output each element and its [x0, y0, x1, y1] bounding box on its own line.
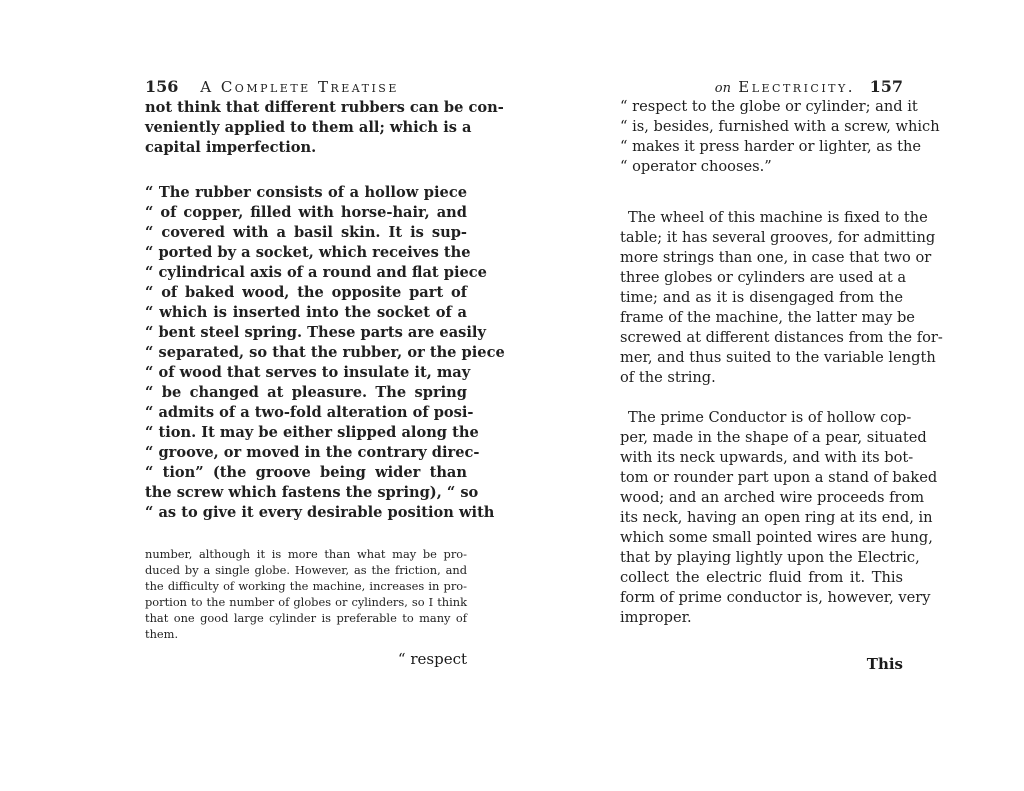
text-line: tom or rounder part upon a stand of bake… [620, 468, 903, 488]
running-head-prefix: on [715, 81, 731, 96]
text-line: “ The rubber consists of a hollow piece [145, 183, 467, 203]
text-line: form of prime conductor is, however, ver… [620, 588, 903, 608]
page-number: 157 [870, 77, 903, 96]
text-line: “ bent steel spring. These parts are eas… [145, 323, 467, 343]
text-line: of the string. [620, 368, 903, 388]
text-line: “ makes it press harder or lighter, as t… [620, 137, 903, 157]
footnote-line: the difficulty of working the machine, i… [145, 578, 467, 594]
page-number: 156 [145, 77, 178, 96]
text-line: “ covered with a basil skin. It is sup- [145, 223, 467, 243]
text-line: “ as to give it every desirable position… [145, 503, 467, 523]
text-line: The prime Conductor is of hollow cop- [620, 408, 903, 428]
footnote-line: duced by a single globe. However, as the… [145, 562, 467, 578]
text-line: veniently applied to them all; which is … [145, 118, 467, 138]
text-line: mer, and thus suited to the variable len… [620, 348, 903, 368]
text-line: with its neck upwards, and with its bot- [620, 448, 903, 468]
running-head-right: on Electricity. 157 [715, 77, 903, 96]
text-line: table; it has several grooves, for admit… [620, 228, 903, 248]
text-line: “ admits of a two-fold alteration of pos… [145, 403, 467, 423]
text-line: more strings than one, in case that two … [620, 248, 903, 268]
text-line: The wheel of this machine is fixed to th… [620, 208, 903, 228]
text-line: wood; and an arched wire proceeds from [620, 488, 903, 508]
text-line: “ of baked wood, the opposite part of [145, 283, 467, 303]
text-line: its neck, having an open ring at its end… [620, 508, 903, 528]
text-line: “ cylindrical axis of a round and flat p… [145, 263, 467, 283]
text-line: “ is, besides, furnished with a screw, w… [620, 117, 903, 137]
text-line: which some small pointed wires are hung, [620, 528, 903, 548]
footnote-line: that one good large cylinder is preferab… [145, 610, 467, 626]
text-line: the screw which fastens the spring), “ s… [145, 483, 467, 503]
text-line: time; and as it is disengaged from the [620, 288, 903, 308]
text-line: three globes or cylinders are used at a [620, 268, 903, 288]
text-line: “ which is inserted into the socket of a [145, 303, 467, 323]
text-line: “ operator chooses.” [620, 157, 903, 177]
catchword: “ respect [398, 650, 467, 668]
running-head-title: Electricity. [738, 78, 855, 96]
catchword: This [867, 655, 903, 673]
text-line: “ tion” (the groove being wider than [145, 463, 467, 483]
text-line: “ be changed at pleasure. The spring [145, 383, 467, 403]
running-head-left: 156 A Complete Treatise [145, 77, 399, 96]
text-line: collect the electric fluid from it. This [620, 568, 903, 588]
text-line: “ ported by a socket, which receives the [145, 243, 467, 263]
footnote-line: portion to the number of globes or cylin… [145, 594, 467, 610]
text-line: capital imperfection. [145, 138, 467, 158]
text-line: “ respect to the globe or cylinder; and … [620, 97, 903, 117]
text-line: per, made in the shape of a pear, situat… [620, 428, 903, 448]
text-line: improper. [620, 608, 903, 628]
footnote-line: number, although it is more than what ma… [145, 546, 467, 562]
footnote-line: them. [145, 626, 467, 642]
text-line: that by playing lightly upon the Electri… [620, 548, 903, 568]
text-line: “ groove, or moved in the contrary direc… [145, 443, 467, 463]
text-line: screwed at different distances from the … [620, 328, 903, 348]
text-line: “ of wood that serves to insulate it, ma… [145, 363, 467, 383]
running-head-title: A Complete Treatise [200, 78, 399, 96]
text-line: frame of the machine, the latter may be [620, 308, 903, 328]
text-line: “ separated, so that the rubber, or the … [145, 343, 467, 363]
text-line: “ tion. It may be either slipped along t… [145, 423, 467, 443]
text-line: “ of copper, filled with horse-hair, and [145, 203, 467, 223]
text-line: not think that different rubbers can be … [145, 98, 467, 118]
